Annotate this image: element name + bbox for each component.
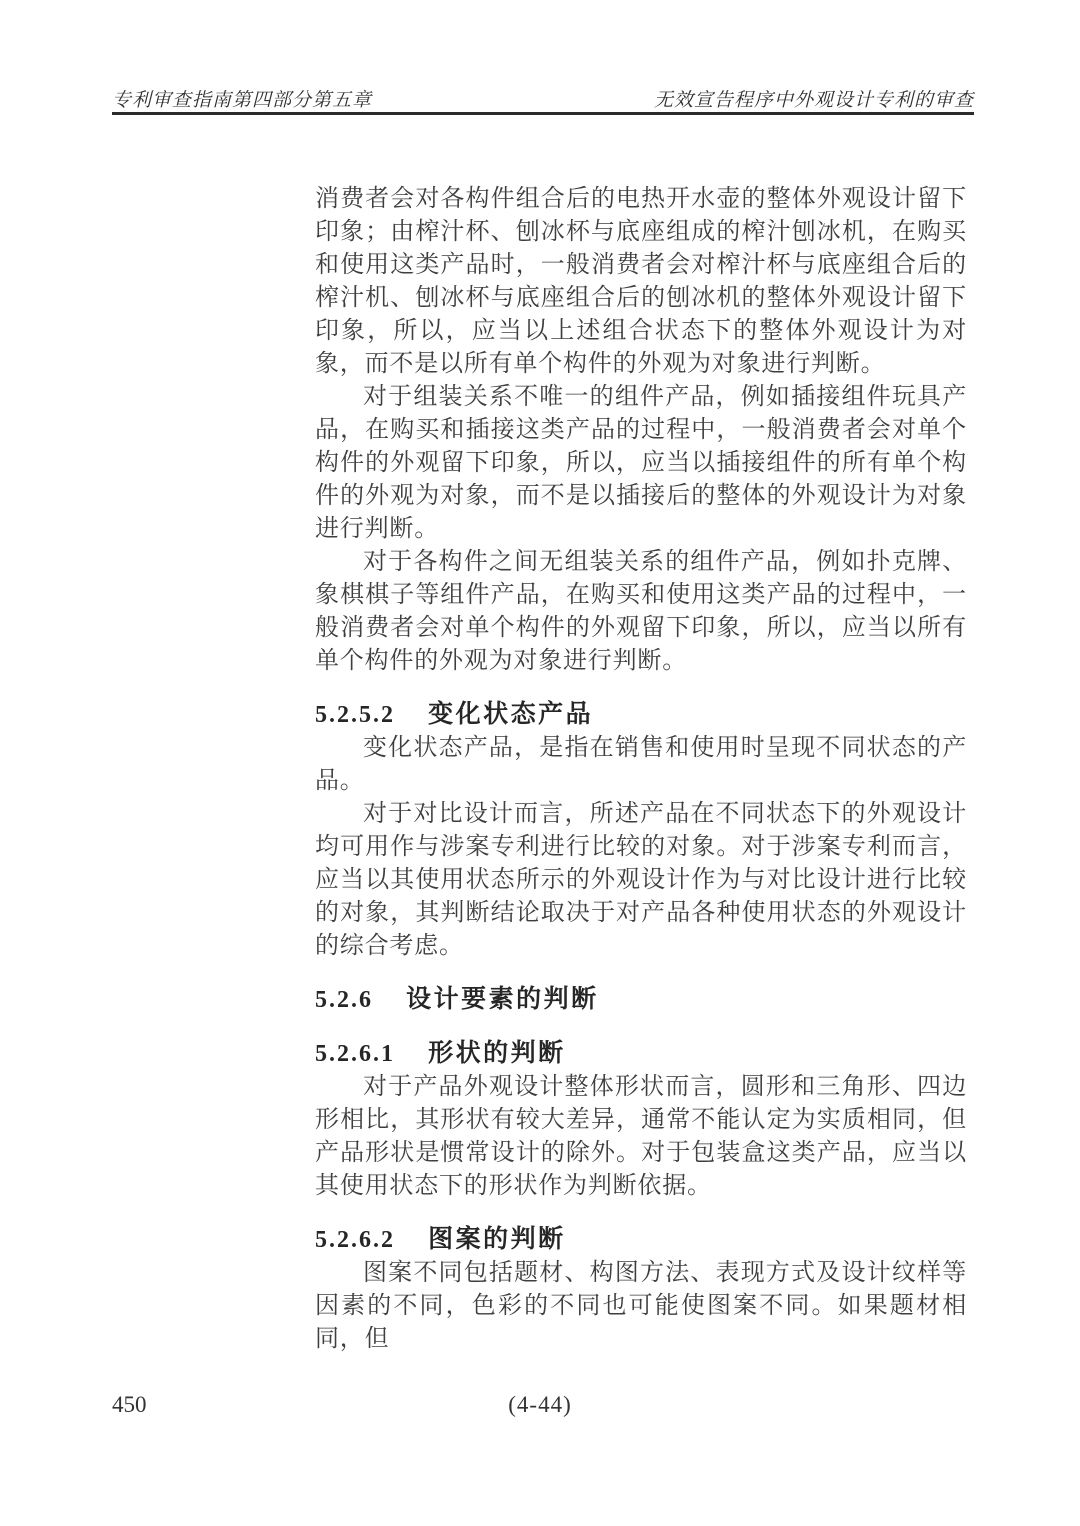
section-title: 设计要素的判断: [406, 985, 599, 1013]
section-heading-5-2-6: 5.2.6 设计要素的判断: [315, 983, 967, 1017]
document-page: 专利审查指南第四部分第五章 无效宣告程序中外观设计专利的审查 消费者会对各构件组…: [0, 0, 1080, 1526]
page-header: 专利审查指南第四部分第五章 无效宣告程序中外观设计专利的审查: [112, 85, 974, 112]
header-left-title: 专利审查指南第四部分第五章: [112, 85, 372, 112]
page-body: 消费者会对各构件组合后的电热开水壶的整体外观设计留下印象；由榨汁杯、刨冰杯与底座…: [315, 183, 967, 1356]
section-number: 5.2.6.1: [315, 1041, 395, 1067]
section-number: 5.2.5.2: [315, 702, 395, 728]
paragraph: 对于产品外观设计整体形状而言，圆形和三角形、四边形相比，其形状有较大差异，通常不…: [315, 1071, 967, 1203]
section-title: 形状的判断: [428, 1039, 566, 1067]
section-number: 5.2.6: [315, 987, 373, 1013]
section-heading-5-2-6-1: 5.2.6.1 形状的判断: [315, 1037, 967, 1071]
section-number: 5.2.6.2: [315, 1227, 395, 1253]
section-title: 变化状态产品: [428, 700, 593, 728]
section-title: 图案的判断: [428, 1225, 566, 1253]
section-heading-5-2-6-2: 5.2.6.2 图案的判断: [315, 1223, 967, 1257]
paragraph: 对于组装关系不唯一的组件产品，例如插接组件玩具产品，在购买和插接这类产品的过程中…: [315, 381, 967, 546]
paragraph: 对于各构件之间无组装关系的组件产品，例如扑克牌、象棋棋子等组件产品，在购买和使用…: [315, 546, 967, 678]
paragraph-continuation: 消费者会对各构件组合后的电热开水壶的整体外观设计留下印象；由榨汁杯、刨冰杯与底座…: [315, 183, 967, 381]
paragraph: 变化状态产品，是指在销售和使用时呈现不同状态的产品。: [315, 732, 967, 798]
paragraph: 对于对比设计而言，所述产品在不同状态下的外观设计均可用作与涉案专利进行比较的对象…: [315, 798, 967, 963]
header-right-title: 无效宣告程序中外观设计专利的审查: [654, 85, 974, 112]
section-heading-5-2-5-2: 5.2.5.2 变化状态产品: [315, 698, 967, 732]
header-rule: [112, 112, 974, 115]
paragraph: 图案不同包括题材、构图方法、表现方式及设计纹样等因素的不同，色彩的不同也可能使图…: [315, 1257, 967, 1356]
folio-number: (4-44): [0, 1392, 1080, 1418]
